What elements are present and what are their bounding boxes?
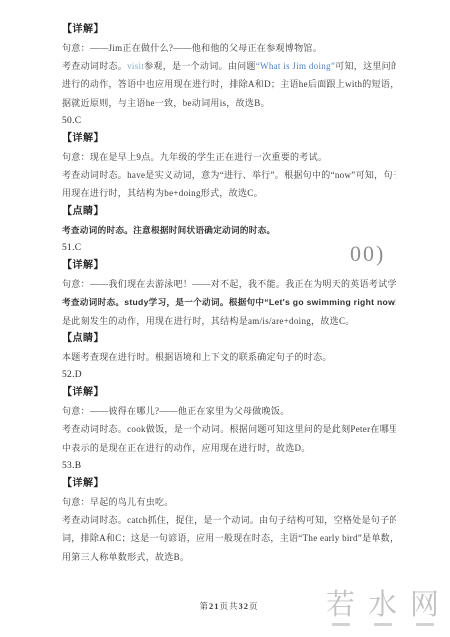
text-line: 考查动词时态。have是实义动词，意为“进行、举行”。根据句中的“now”可知，… xyxy=(62,166,396,184)
footer-text: 第 xyxy=(199,601,209,611)
text-line: 用现在进行时，其结构为be+doing形式，故选C。 xyxy=(62,184,396,202)
answer-number: 53.B xyxy=(62,457,396,475)
text-line: 考查动词时态。visit参观，是一个动词。由问题“What is Jim doi… xyxy=(62,57,396,75)
highlighted-text: visit xyxy=(127,61,144,71)
text-line: 句意：——彼得在哪儿?——他正在家里为父母做晚饭。 xyxy=(62,402,396,420)
section-heading: 【详解】 xyxy=(62,130,396,148)
plain-text: 考查动词时态。 xyxy=(62,61,127,71)
watermark-subtext-mark xyxy=(332,623,350,626)
watermark-glyph: 若 xyxy=(326,589,355,621)
text-line: 进行的动作，答语中也应用现在进行时，排除A和D；主语he后面跟上with的短语，… xyxy=(62,75,396,93)
text-line: 句意：——Jim正在做什么?——他和他的父母正在参观博物馆。 xyxy=(62,39,396,57)
watermark-subtext-mark xyxy=(374,623,392,626)
section-heading: 【详解】 xyxy=(62,475,396,493)
watermark-character: 水 xyxy=(368,589,397,626)
plain-text: 参观，是一个动词。由问题 xyxy=(144,61,256,71)
document-page: { "colors": { "text": "#3a3a3a", "headin… xyxy=(0,0,450,637)
section-heading: 【详解】 xyxy=(62,21,396,39)
section-heading: 【详解】 xyxy=(62,384,396,402)
text-line: 句意：现在是早上9点。九年级的学生正在进行一次重要的考试。 xyxy=(62,148,396,166)
highlighted-text: “What is Jim doing” xyxy=(256,61,335,71)
text-line: 考查动词的时态。注意根据时间状语确定动词的时态。 xyxy=(62,221,396,239)
section-heading: 【点睛】 xyxy=(62,203,396,221)
watermark-glyph: 网 xyxy=(410,589,439,621)
text-line: 句意：早起的鸟儿有虫吃。 xyxy=(62,493,396,511)
text-line: 据就近原则，与主语he一致，be动词用is，故选B。 xyxy=(62,94,396,112)
footer-text: 页 xyxy=(249,601,259,611)
stray-watermark-mark: 00) xyxy=(350,241,385,267)
section-heading: 【点睛】 xyxy=(62,330,396,348)
answer-number: 52.D xyxy=(62,366,396,384)
document-body: 【详解】句意：——Jim正在做什么?——他和他的父母正在参观博物馆。考查动词时态… xyxy=(62,21,396,566)
text-line: 是此刻发生的动作，用现在进行时，其结构是am/is/are+doing，故选C。 xyxy=(62,312,396,330)
site-watermark: 若水网 xyxy=(326,589,439,626)
text-line: 词，排除A和C；这是一句谚语，应用一般现在时态，主语“The early bir… xyxy=(62,529,396,547)
answer-number: 51.C xyxy=(62,239,396,257)
text-line: 本题考查现在进行时。根据语境和上下文的联系确定句子的时态。 xyxy=(62,348,396,366)
footer-text: 32 xyxy=(239,601,250,611)
plain-text: 可知，这里问的是正在 xyxy=(335,61,396,71)
watermark-character: 网 xyxy=(410,589,439,626)
text-line: 考查动词时态。catch抓住，捉住，是一个动词。由句子结构可知，空格处是句子的谓… xyxy=(62,511,396,529)
footer-text: 页共 xyxy=(219,601,238,611)
watermark-character: 若 xyxy=(326,589,355,626)
text-line: 考查动词时态。study学习，是一个动词。根据句中“Let's go swimm… xyxy=(62,293,396,311)
text-line: 中表示的是现在正在进行的动作，应用现在进行时，故选D。 xyxy=(62,439,396,457)
text-line: 用第三人称单数形式，故选B。 xyxy=(62,548,396,566)
watermark-subtext-mark xyxy=(416,623,434,626)
section-heading: 【详解】 xyxy=(62,257,396,275)
text-line: 考查动词时态。cook做饭，是一个动词。根据问题可知这里问的是此刻Peter在哪… xyxy=(62,420,396,438)
watermark-glyph: 水 xyxy=(368,589,397,621)
answer-number: 50.C xyxy=(62,112,396,130)
text-line: 句意：——我们现在去游泳吧！——对不起，我不能。我正在为明天的英语考试学习。 xyxy=(62,275,396,293)
footer-text: 21 xyxy=(209,601,220,611)
